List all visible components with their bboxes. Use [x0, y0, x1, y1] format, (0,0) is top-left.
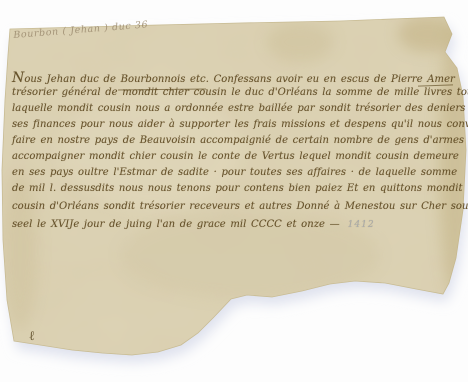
manuscript-photo: Bourbon ( Jehan ) duc 36 Nous Jehan duc … [0, 0, 468, 382]
manuscript-line: accompaigner mondit chier cousin le cont… [12, 151, 460, 168]
crease-stain [266, 22, 334, 62]
manuscript-line: en ses pays oultre l'Estmar de sadite · … [12, 167, 460, 184]
manuscript-line: laquelle mondit cousin nous a ordonnée e… [12, 103, 460, 120]
manuscript-line: de mil l. dessusdits nous nous tenons po… [12, 183, 460, 200]
manuscript-date-text: seel le XVIJe jour de juing l'an de grac… [12, 219, 340, 230]
pencil-date-annotation: 1412 [348, 220, 375, 230]
manuscript-line: faire en nostre pays de Beauvoisin accom… [12, 135, 460, 152]
manuscript-line: ses finances pour nous aider à supporter… [12, 119, 460, 136]
manuscript-line: cousin d'Orléans sondit trésorier receve… [12, 201, 460, 218]
manuscript-line: seel le XVIJe jour de juing l'an de grac… [12, 219, 460, 236]
manuscript-line: Nous Jehan duc de Bourbonnois etc. Confe… [12, 70, 460, 87]
manuscript-line: trésorier général de mondit chier cousin… [12, 87, 460, 104]
